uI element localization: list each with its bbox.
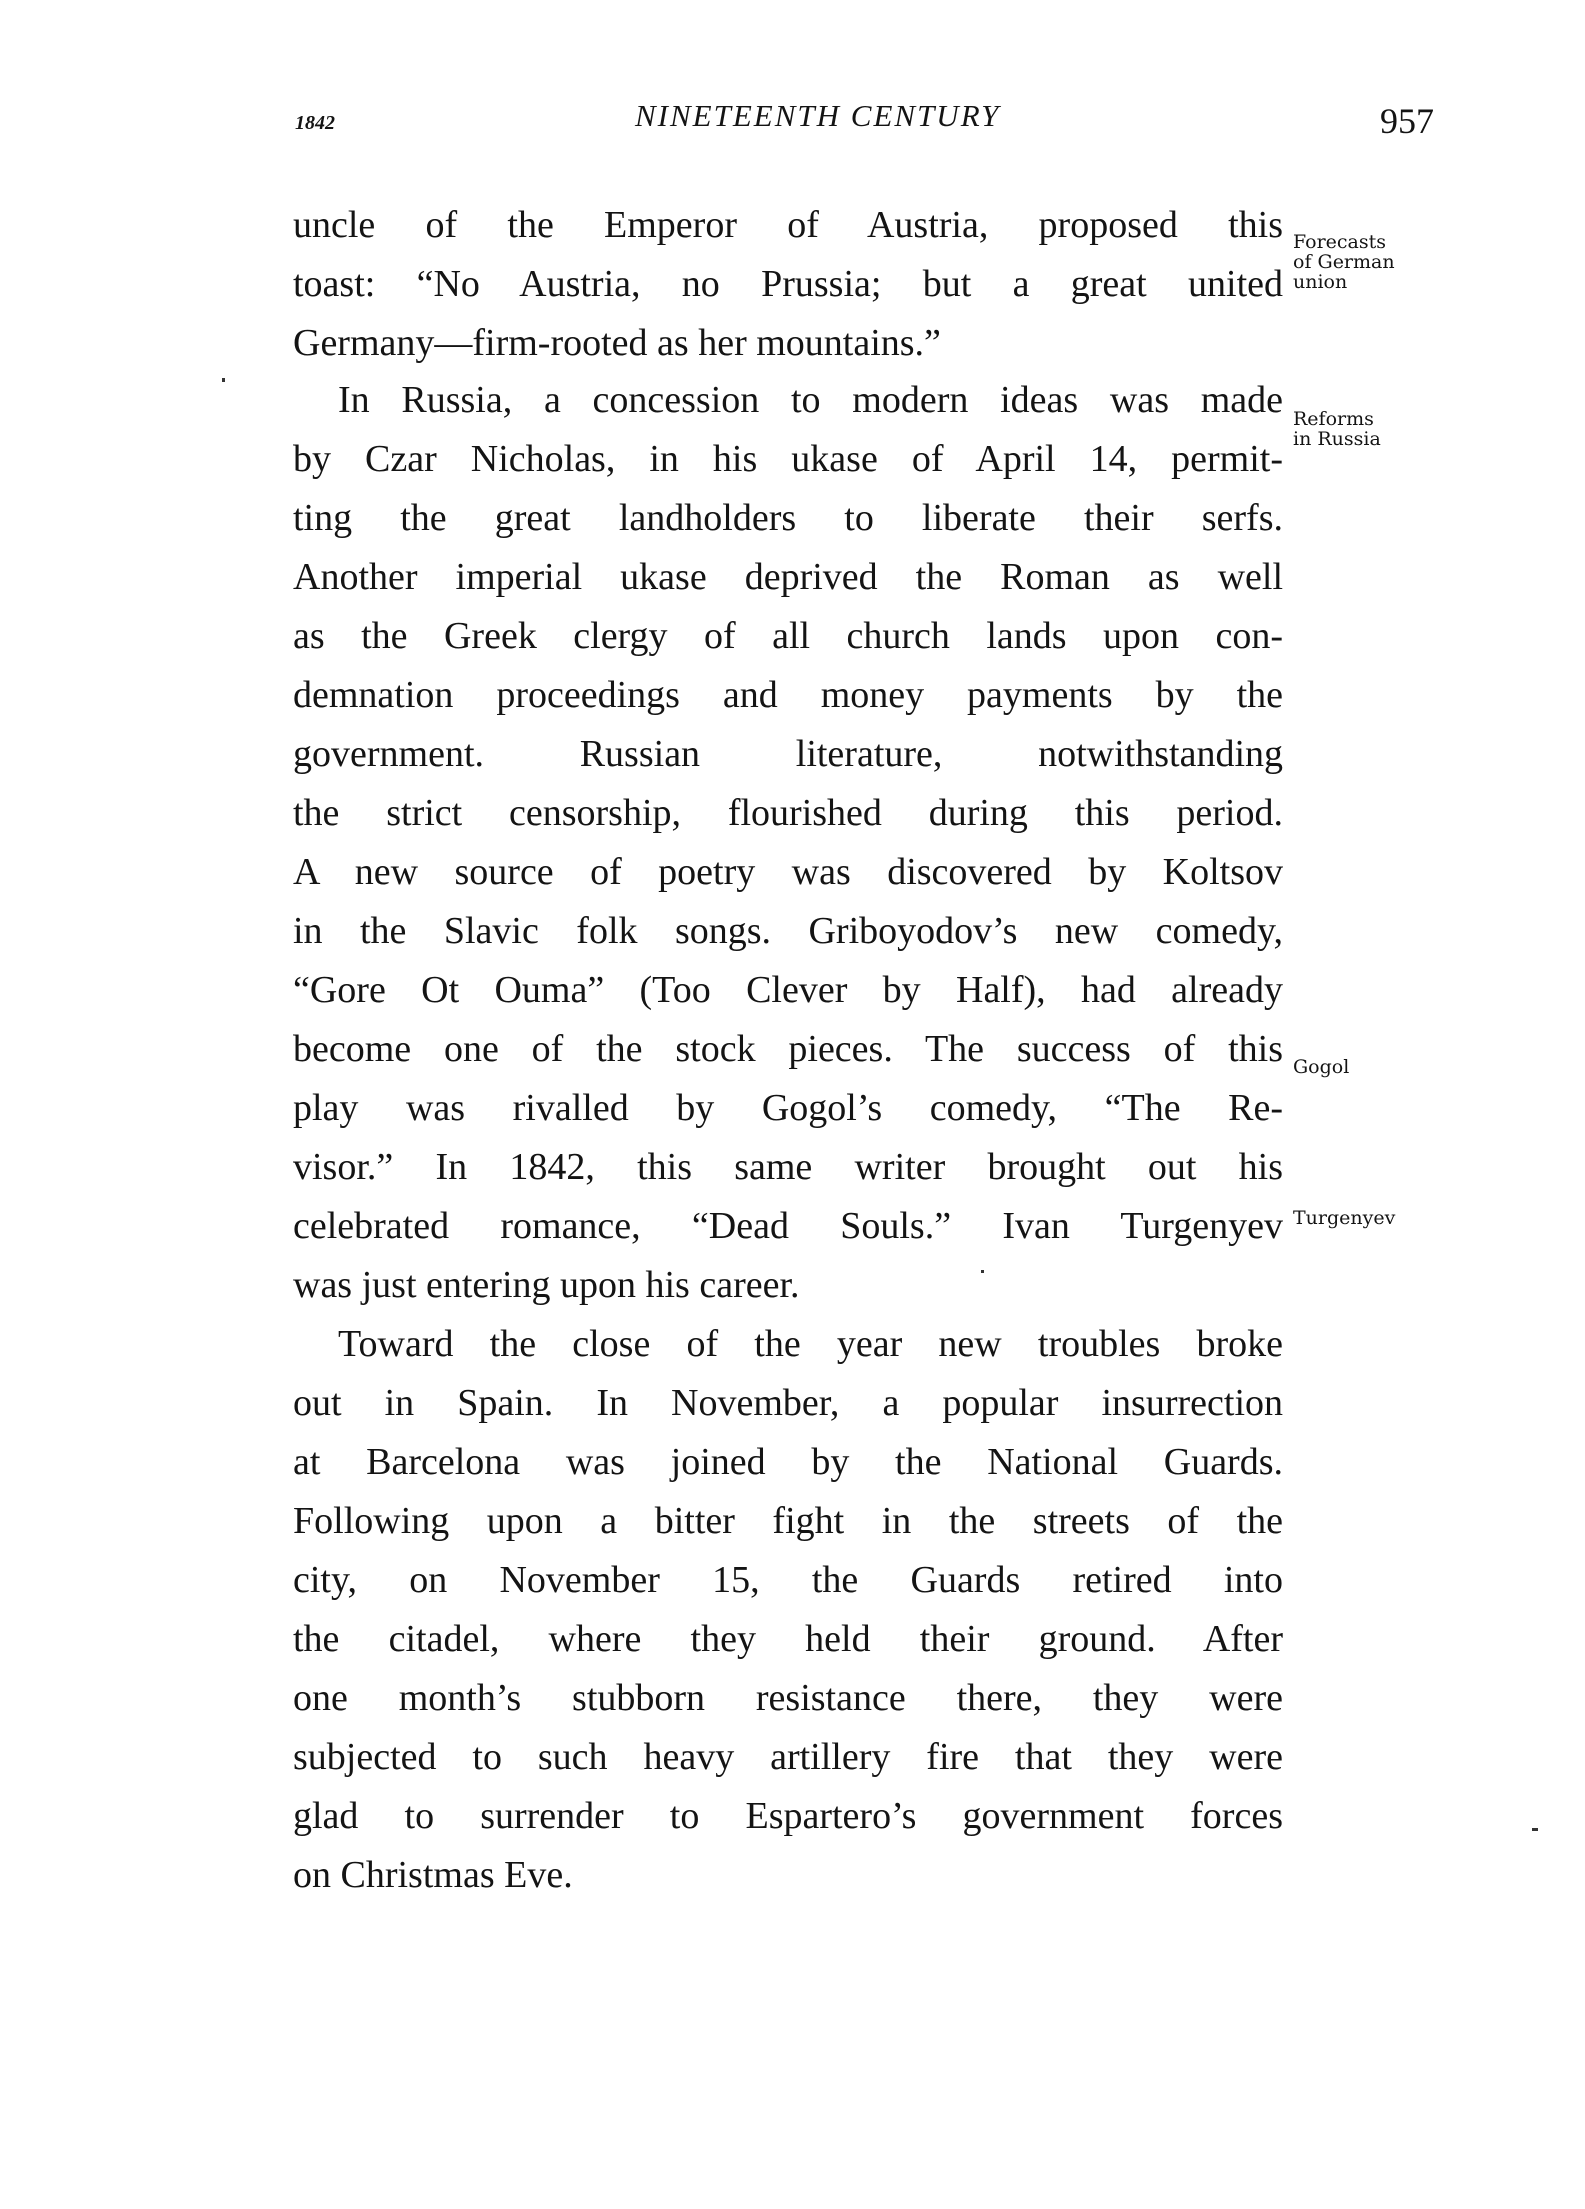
- text-line: uncle of the Emperor of Austria, propose…: [293, 196, 1283, 255]
- text-line: in the Slavic folk songs. Griboyodov’s n…: [293, 902, 1283, 961]
- scan-speck: [1532, 1828, 1538, 1831]
- text-line: the strict censorship, flourished during…: [293, 784, 1283, 843]
- margin-note-german-union: Forecasts of German union: [1293, 232, 1395, 292]
- page-number: 957: [1380, 100, 1434, 142]
- text-line: Following upon a bitter fight in the str…: [293, 1492, 1283, 1551]
- text-line: government. Russian literature, notwiths…: [293, 725, 1283, 784]
- text-line: as the Greek clergy of all church lands …: [293, 607, 1283, 666]
- text-line: Germany—firm-rooted as her mountains.”: [293, 314, 1283, 373]
- text-line: subjected to such heavy artillery fire t…: [293, 1728, 1283, 1787]
- text-line: by Czar Nicholas, in his ukase of April …: [293, 430, 1283, 489]
- text-line: was just entering upon his career.: [293, 1256, 1283, 1315]
- text-line: become one of the stock pieces. The succ…: [293, 1020, 1283, 1079]
- text-line: city, on November 15, the Guards retired…: [293, 1551, 1283, 1610]
- text-line: In Russia, a concession to modern ideas …: [293, 371, 1283, 430]
- text-line: the citadel, where they held their groun…: [293, 1610, 1283, 1669]
- running-head-year: 1842: [295, 112, 335, 135]
- text-line: visor.” In 1842, this same writer brough…: [293, 1138, 1283, 1197]
- text-line: demnation proceedings and money payments…: [293, 666, 1283, 725]
- text-line: play was rivalled by Gogol’s comedy, “Th…: [293, 1079, 1283, 1138]
- text-line: ting the great landholders to liberate t…: [293, 489, 1283, 548]
- text-line: Toward the close of the year new trouble…: [293, 1315, 1283, 1374]
- text-line: on Christmas Eve.: [293, 1846, 1283, 1905]
- text-line: “Gore Ot Ouma” (Too Clever by Half), had…: [293, 961, 1283, 1020]
- margin-note-reforms-russia: Reforms in Russia: [1293, 409, 1381, 449]
- text-line: A new source of poetry was discovered by…: [293, 843, 1283, 902]
- text-line: toast: “No Austria, no Prussia; but a gr…: [293, 255, 1283, 314]
- paragraph-3: Toward the close of the year new trouble…: [293, 1315, 1283, 1905]
- margin-note-gogol: Gogol: [1293, 1057, 1349, 1077]
- text-line: one month’s stubborn resistance there, t…: [293, 1669, 1283, 1728]
- text-line: celebrated romance, “Dead Souls.” Ivan T…: [293, 1197, 1283, 1256]
- text-line: out in Spain. In November, a popular ins…: [293, 1374, 1283, 1433]
- margin-note-turgenyev: Turgenyev: [1293, 1208, 1395, 1228]
- text-line: glad to surrender to Espartero’s governm…: [293, 1787, 1283, 1846]
- text-line: at Barcelona was joined by the National …: [293, 1433, 1283, 1492]
- paragraph-1: uncle of the Emperor of Austria, propose…: [293, 196, 1283, 373]
- scan-speck: [981, 1270, 984, 1273]
- running-head-title: NINETEENTH CENTURY: [635, 98, 1115, 134]
- paragraph-2: In Russia, a concession to modern ideas …: [293, 371, 1283, 1315]
- scan-speck: [222, 378, 225, 382]
- text-line: Another imperial ukase deprived the Roma…: [293, 548, 1283, 607]
